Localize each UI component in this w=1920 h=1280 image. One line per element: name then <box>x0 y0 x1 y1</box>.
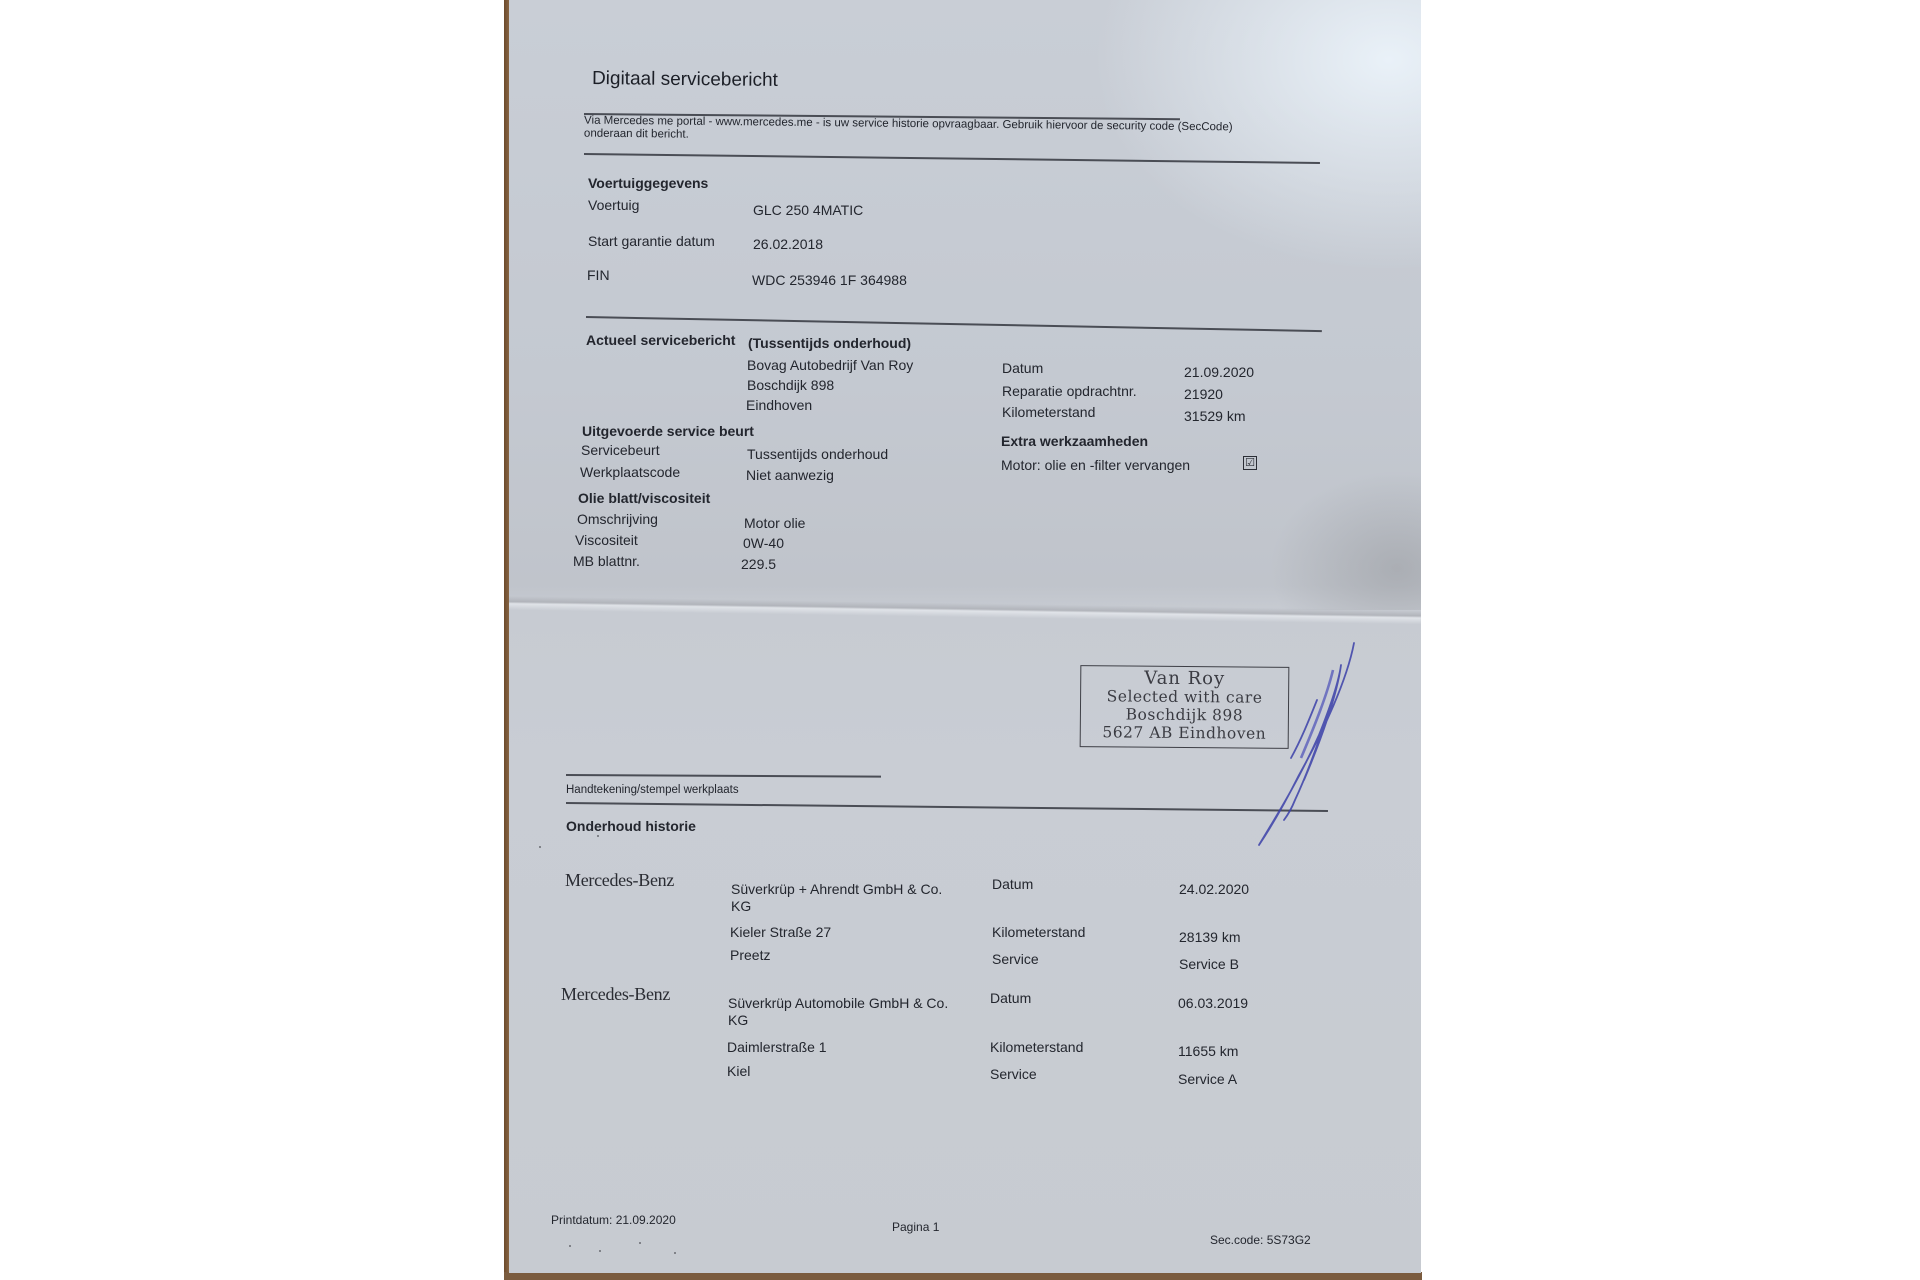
mileage-value: 31529 km <box>1184 408 1245 424</box>
history-service-label: Service <box>992 951 1039 967</box>
fin-value: WDC 253946 1F 364988 <box>752 272 907 288</box>
vehicle-heading: Voertuiggegevens <box>588 175 708 191</box>
vehicle-label: Voertuig <box>588 197 639 213</box>
dealer-name: Bovag Autobedrijf Van Roy <box>747 357 913 373</box>
paper-speck <box>674 1252 676 1254</box>
mb-approval-value: 229.5 <box>741 556 776 572</box>
table-edge-bottom <box>504 1272 1422 1280</box>
vehicle-value: GLC 250 4MATIC <box>753 202 863 218</box>
history-service-value: Service A <box>1178 1071 1237 1087</box>
viscosity-label: Viscositeit <box>575 532 638 548</box>
servicebeurt-label: Servicebeurt <box>581 442 660 458</box>
paper-speck <box>597 835 599 837</box>
history-company-line1: Süverkrüp Automobile GmbH & Co. <box>728 995 948 1011</box>
servicebeurt-value: Tussentijds onderhoud <box>747 446 888 462</box>
history-heading: Onderhoud historie <box>566 818 696 834</box>
history-service-value: Service B <box>1179 956 1239 972</box>
oil-description-value: Motor olie <box>744 515 805 531</box>
repair-order-value: 21920 <box>1184 386 1223 402</box>
paper-speck <box>569 1245 571 1247</box>
page-title: Digitaal servicebericht <box>592 68 778 92</box>
history-mileage-label: Kilometerstand <box>992 924 1085 940</box>
history-mileage-value: 28139 km <box>1179 929 1240 945</box>
dealer-stamp: Van Roy Selected with care Boschdijk 898… <box>1080 665 1290 749</box>
signature-line <box>566 774 881 777</box>
divider <box>584 153 1320 163</box>
mb-approval-label: MB blattnr. <box>573 553 640 569</box>
history-company-line2: KG <box>731 898 751 914</box>
oil-description-label: Omschrijving <box>577 511 658 527</box>
paper-shadow <box>1269 470 1421 610</box>
datum-label: Datum <box>1002 360 1043 376</box>
print-date: Printdatum: 21.09.2020 <box>551 1213 676 1227</box>
mileage-label: Kilometerstand <box>1002 404 1095 420</box>
history-service-label: Service <box>990 1066 1037 1082</box>
workshop-code-value: Niet aanwezig <box>746 467 834 483</box>
divider <box>566 802 1328 811</box>
warranty-start-value: 26.02.2018 <box>753 236 823 252</box>
stamp-line-3: Boschdijk 898 <box>1081 705 1288 725</box>
page-number: Pagina 1 <box>892 1220 939 1234</box>
extra-work-heading: Extra werkzaamheden <box>1001 433 1148 449</box>
history-city: Kiel <box>727 1063 750 1079</box>
mercedes-benz-logo: Mercedes-Benz <box>565 870 674 891</box>
paper-speck <box>599 1250 601 1252</box>
history-mileage-value: 11655 km <box>1178 1043 1238 1059</box>
signature-label: Handtekening/stempel werkplaats <box>566 784 739 796</box>
dealer-city: Eindhoven <box>746 397 812 413</box>
history-city: Preetz <box>730 947 770 963</box>
mercedes-benz-logo: Mercedes-Benz <box>561 984 670 1005</box>
dealer-street: Boschdijk 898 <box>747 377 834 393</box>
repair-order-label: Reparatie opdrachtnr. <box>1002 383 1137 399</box>
history-date-label: Datum <box>990 990 1031 1006</box>
current-service-subtitle: (Tussentijds onderhoud) <box>748 335 911 351</box>
stamp-line-1: Van Roy <box>1081 669 1288 689</box>
history-date-value: 06.03.2019 <box>1178 995 1248 1011</box>
history-date-value: 24.02.2020 <box>1179 881 1249 897</box>
history-company-line1: Süverkrüp + Ahrendt GmbH & Co. <box>731 881 942 897</box>
history-date-label: Datum <box>992 876 1033 892</box>
performed-heading: Uitgevoerde service beurt <box>582 423 754 439</box>
security-code: Sec.code: 5S73G2 <box>1210 1233 1311 1247</box>
notice-text: Via Mercedes me portal - www.mercedes.me… <box>584 115 1233 148</box>
workshop-code-label: Werkplaatscode <box>580 464 680 480</box>
oil-heading: Olie blatt/viscositeit <box>578 490 710 506</box>
stamp-line-2: Selected with care <box>1081 687 1288 707</box>
service-report-page: Digitaal servicebericht Via Mercedes me … <box>509 0 1421 1273</box>
stamp-line-4: 5627 AB Eindhoven <box>1081 723 1288 743</box>
viscosity-value: 0W-40 <box>743 535 784 551</box>
datum-value: 21.09.2020 <box>1184 364 1254 380</box>
checkbox-checked-icon: ☑ <box>1243 456 1257 470</box>
divider <box>586 316 1322 332</box>
fin-label: FIN <box>587 267 610 283</box>
paper-speck <box>639 1242 641 1244</box>
paper-speck <box>539 846 541 848</box>
current-service-heading: Actueel servicebericht <box>586 332 735 348</box>
history-mileage-label: Kilometerstand <box>990 1039 1083 1055</box>
extra-work-item: Motor: olie en -filter vervangen <box>1001 457 1190 473</box>
history-company-line2: KG <box>728 1012 748 1028</box>
history-street: Kieler Straße 27 <box>730 924 831 940</box>
history-street: Daimlerstraße 1 <box>727 1039 827 1055</box>
warranty-start-label: Start garantie datum <box>588 233 715 249</box>
